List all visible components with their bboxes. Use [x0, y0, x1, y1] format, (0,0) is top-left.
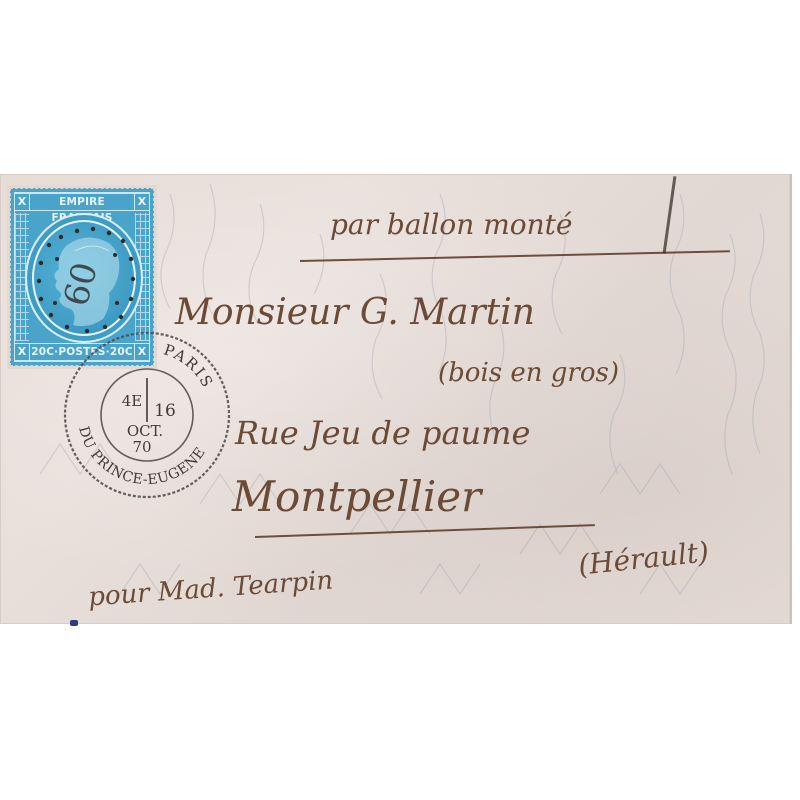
- postmark-day: 16: [154, 401, 176, 421]
- addressee-name: Monsieur G. Martin: [175, 292, 535, 333]
- letter-cover: X X X X EMPIRE FRANCAIS 20C·POSTES·20C: [0, 174, 790, 624]
- city-name: Montpellier: [232, 472, 481, 521]
- cds-postmark: PARIS DU PRINCE-EUGENE 4E 16 OCT. 70: [62, 330, 232, 500]
- postmark-city: PARIS: [161, 341, 217, 392]
- route-note: par ballon monté: [330, 208, 572, 241]
- postmark-collection: 4E: [122, 392, 143, 410]
- addressee-occupation: (bois en gros): [438, 358, 619, 388]
- stamp-corner-x: X: [14, 343, 30, 361]
- stamp-corner-x: X: [14, 193, 30, 211]
- ink-spot: [70, 620, 78, 626]
- emperor-portrait-medallion: 60: [25, 213, 143, 343]
- stamp-top-legend: EMPIRE FRANCAIS: [29, 193, 135, 211]
- postmark-year: 70: [132, 438, 151, 456]
- stamp-corner-x: X: [134, 193, 150, 211]
- street-address: Rue Jeu de paume: [235, 414, 530, 452]
